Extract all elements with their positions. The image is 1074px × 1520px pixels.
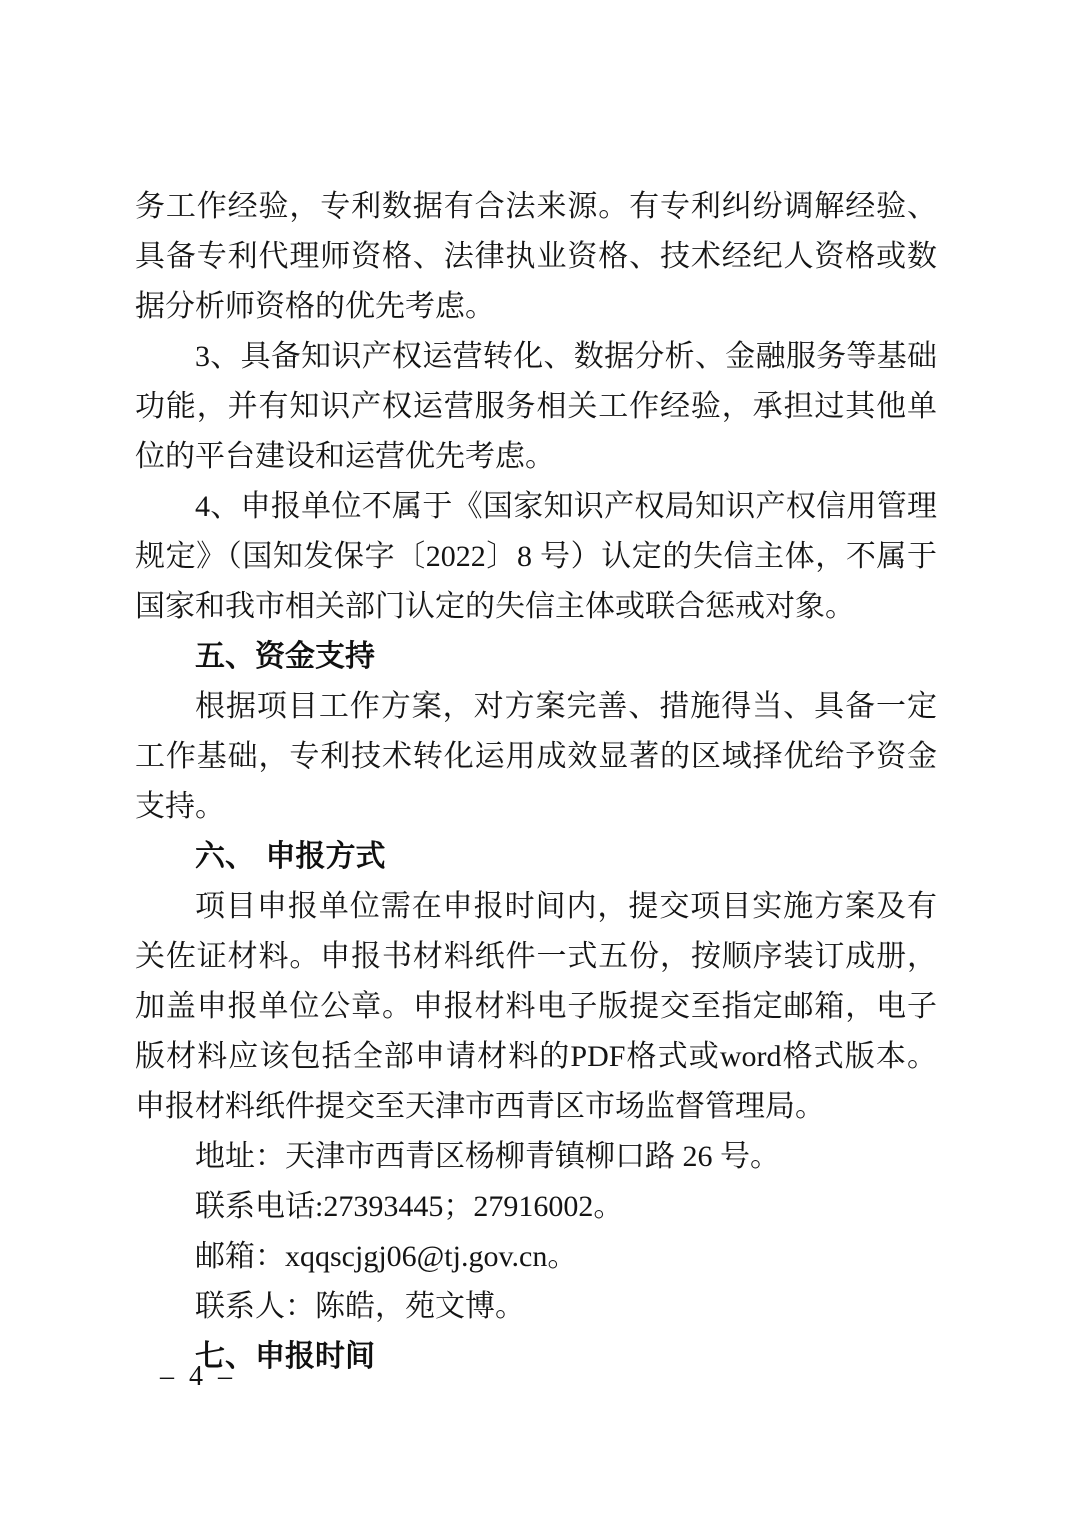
paragraph: 根据项目工作方案，对方案完善、措施得当、具备一定工作基础，专利技术转化运用成效显… [135,682,937,832]
paragraph: 3、具备知识产权运营转化、数据分析、金融服务等基础功能，并有知识产权运营服务相关… [135,332,937,482]
document-body: 务工作经验，专利数据有合法来源。有专利纠纷调解经验、具备专利代理师资格、法律执业… [135,182,937,1382]
paragraph: 4、申报单位不属于《国家知识产权局知识产权信用管理规定》（国知发保字〔2022〕… [135,482,937,632]
page-number: – 4 – [160,1360,236,1394]
paragraph: 联系人：陈皓，苑文博。 [135,1282,937,1332]
paragraph: 务工作经验，专利数据有合法来源。有专利纠纷调解经验、具备专利代理师资格、法律执业… [135,182,937,332]
paragraph: 项目申报单位需在申报时间内，提交项目实施方案及有关佐证材料。申报书材料纸件一式五… [135,882,937,1132]
section-heading: 七、申报时间 [135,1332,937,1382]
paragraph: 邮箱：xqqscjgj06@tj.gov.cn。 [135,1232,937,1282]
paragraph: 地址：天津市西青区杨柳青镇柳口路 26 号。 [135,1132,937,1182]
section-heading: 五、资金支持 [135,632,937,682]
section-heading: 六、 申报方式 [135,832,937,882]
paragraph: 联系电话:27393445；27916002。 [135,1182,937,1232]
document-page: 务工作经验，专利数据有合法来源。有专利纠纷调解经验、具备专利代理师资格、法律执业… [0,0,1074,1520]
